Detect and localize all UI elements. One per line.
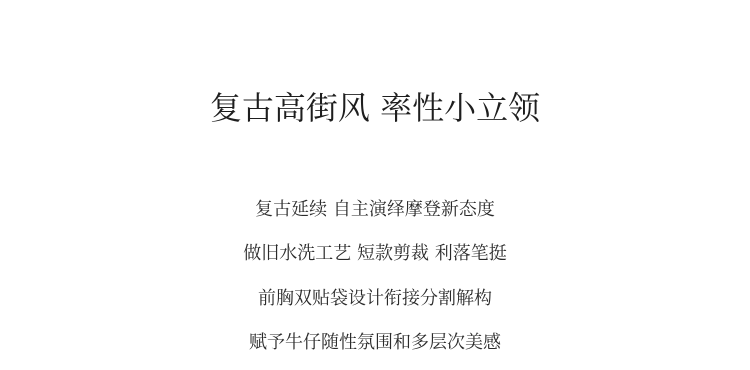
feature-line: 做旧水洗工艺 短款剪裁 利落笔挺 [0, 242, 750, 266]
feature-line: 前胸双贴袋设计衔接分割解构 [0, 287, 750, 311]
feature-line: 复古延续 自主演绎摩登新态度 [0, 198, 750, 222]
headline-title: 复古高街风 率性小立领 [0, 88, 750, 128]
feature-line: 赋予牛仔随性氛围和多层次美感 [0, 331, 750, 355]
